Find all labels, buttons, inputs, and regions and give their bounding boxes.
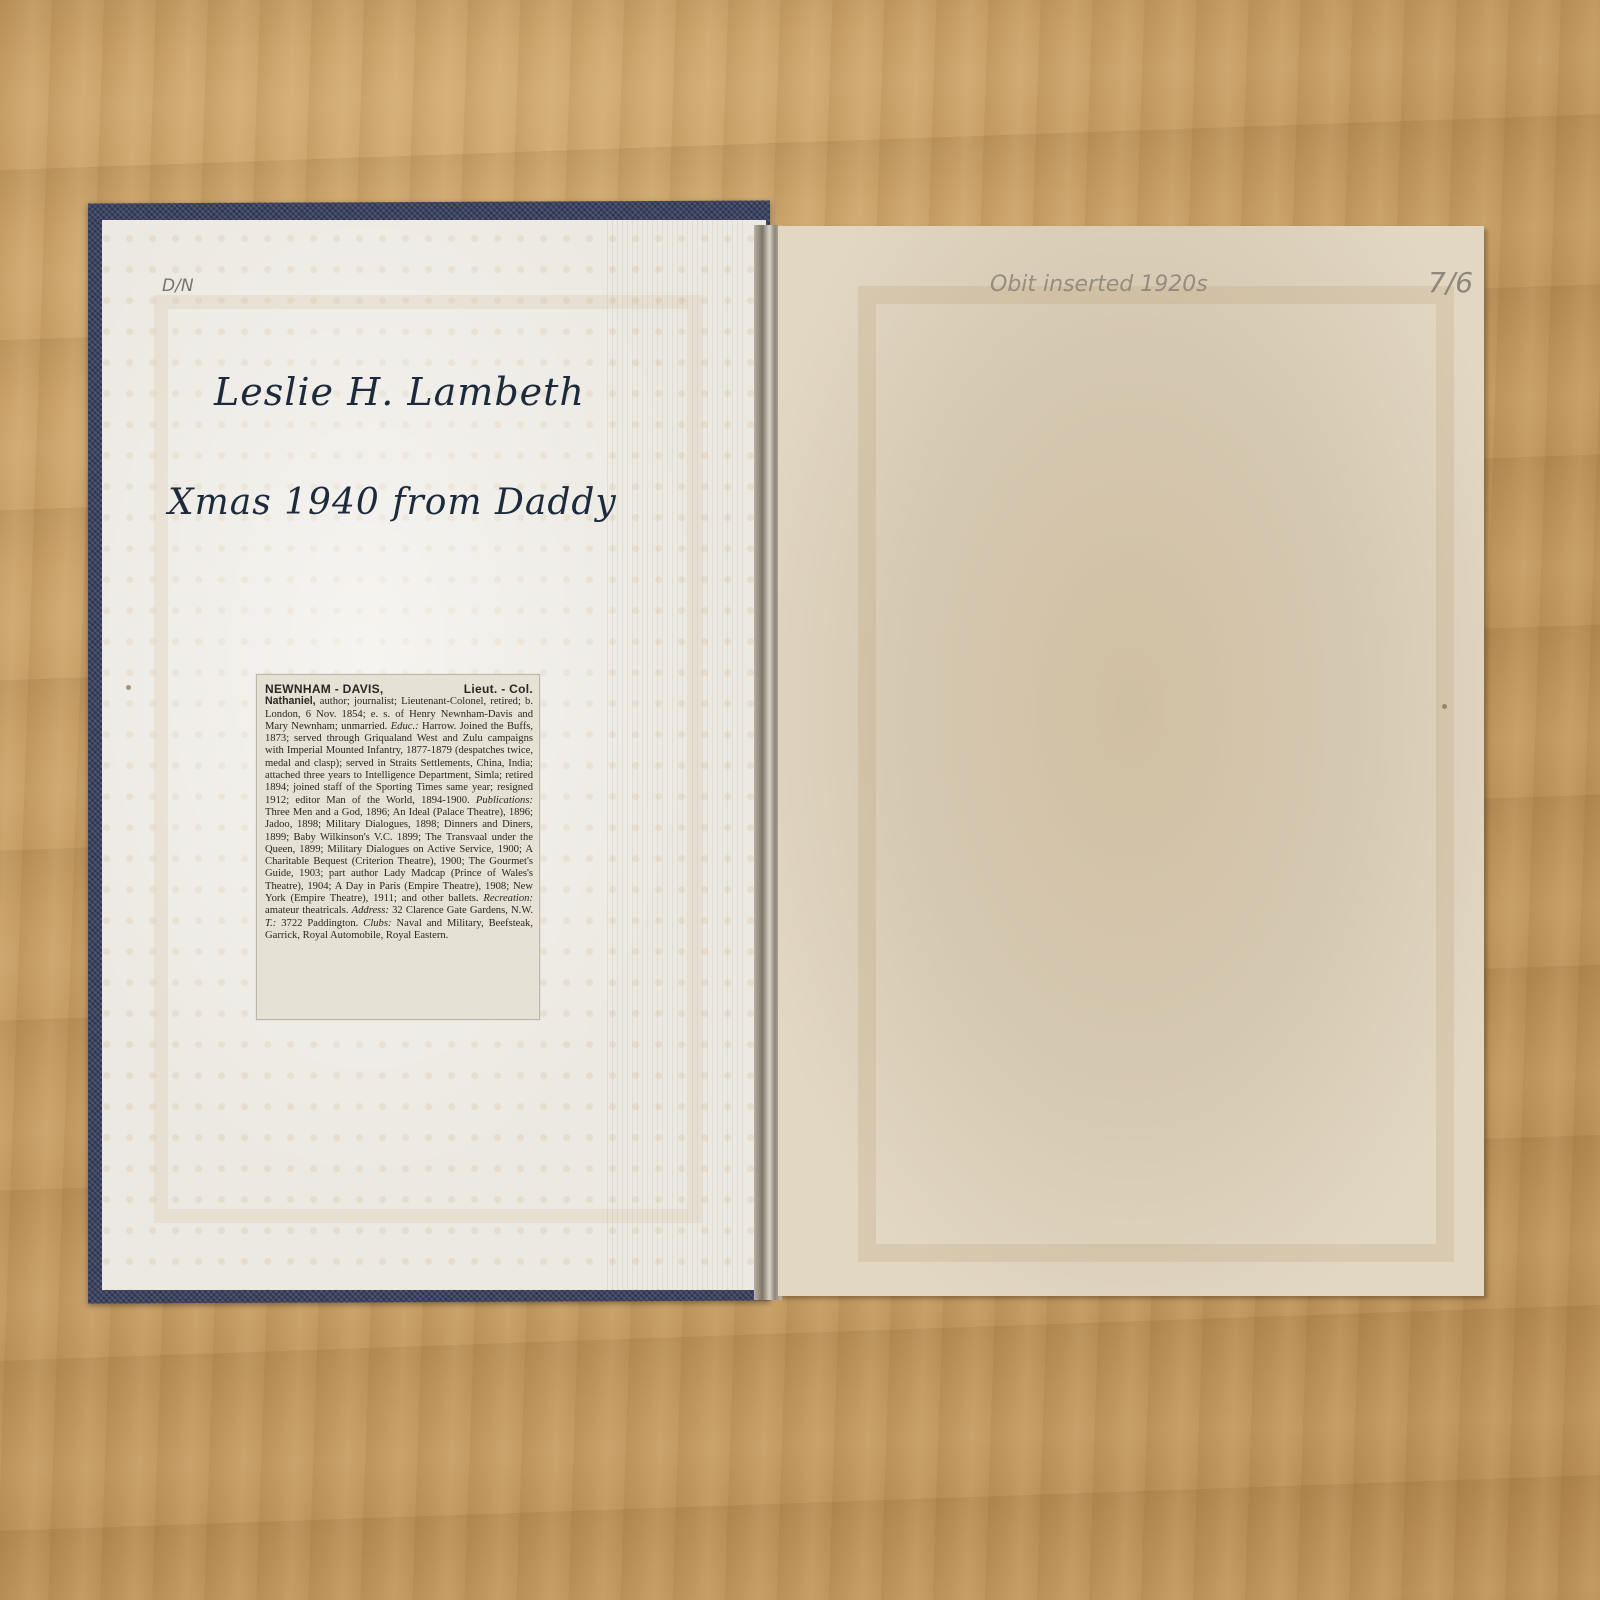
stain-dot	[126, 685, 131, 690]
clipping-text: amateur theatricals.	[265, 905, 352, 916]
clipping-body: Nathaniel, author; journalist; Lieutenan…	[265, 695, 533, 942]
endpaper-ribbing	[607, 220, 747, 1290]
clipping-label: Publications:	[476, 795, 533, 806]
pencil-note: Obit inserted 1920s	[990, 272, 1208, 297]
newspaper-clipping: NEWNHAM - DAVIS, Lieut. - Col. Nathaniel…	[256, 674, 540, 1020]
clipping-name: NEWNHAM - DAVIS,	[265, 683, 384, 695]
clipping-text: 3722 Paddington.	[276, 918, 363, 929]
right-flyleaf: Obit inserted 1920s 7/6	[778, 226, 1484, 1296]
flyleaf-stain-frame	[858, 286, 1454, 1262]
clipping-rank: Lieut. - Col.	[464, 683, 533, 695]
clipping-label: T.:	[265, 918, 276, 929]
clipping-text: Three Men and a God, 1896; An Ideal (Pal…	[265, 807, 533, 904]
pencil-price: 7/6	[1428, 266, 1473, 299]
stain-dot	[1442, 704, 1447, 709]
inscription-name: Leslie H. Lambeth	[214, 370, 585, 414]
pencil-mark: D/N	[162, 276, 194, 296]
clipping-label: Clubs:	[363, 918, 391, 929]
clipping-label: Educ.:	[391, 721, 419, 732]
inscription-note: Xmas 1940 from Daddy	[168, 482, 617, 523]
clipping-forename: Nathaniel,	[265, 695, 316, 707]
clipping-text: 32 Clarence Gate Gardens, N.W.	[389, 905, 533, 916]
clipping-text: Harrow. Joined the Buffs, 1873; served t…	[265, 721, 533, 806]
clipping-label: Address:	[352, 905, 389, 916]
clipping-label: Recreation:	[483, 893, 533, 904]
